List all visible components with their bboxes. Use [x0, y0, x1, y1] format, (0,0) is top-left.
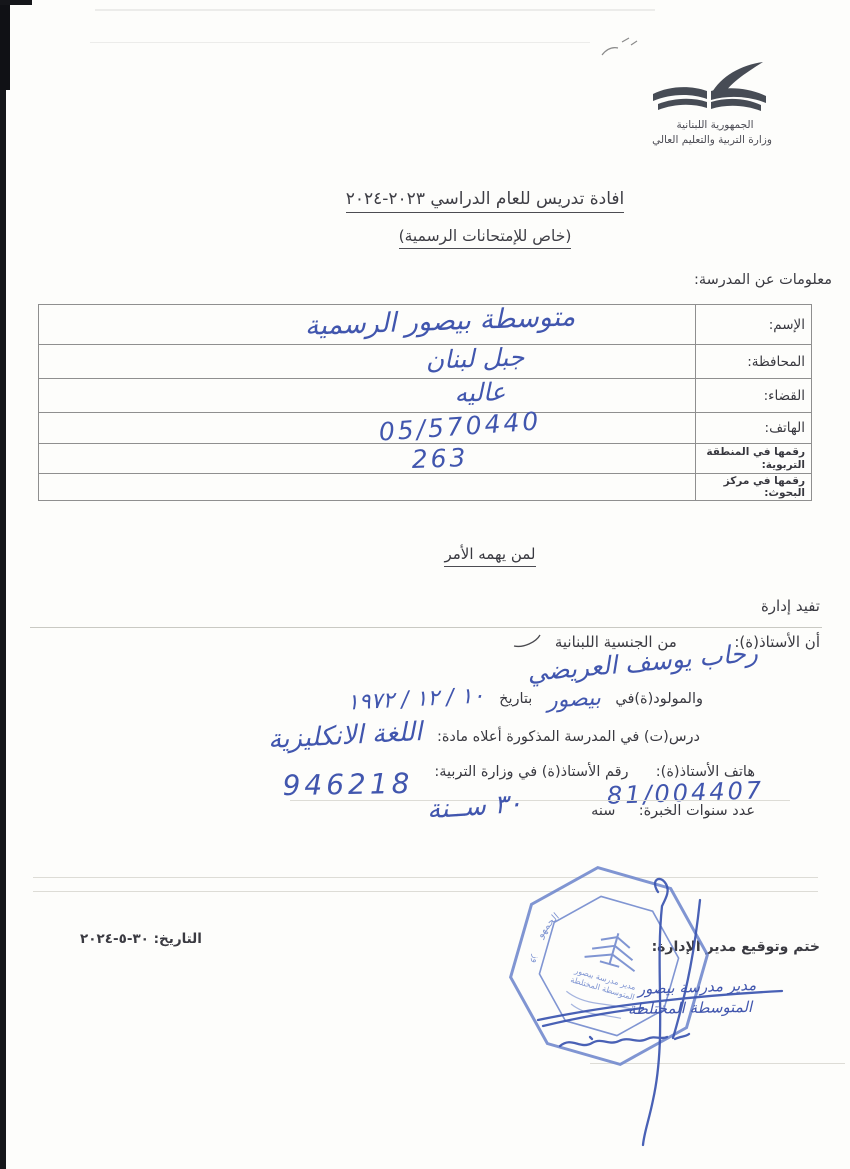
row-label: الإسم:: [696, 305, 812, 345]
row-label: رقمها في المنطقة التربوية:: [696, 444, 812, 474]
scan-streak: [95, 9, 655, 11]
to-whom-heading: لمن يهمه الأمر: [444, 545, 535, 567]
table-row: رقمها في مركز البحوث:: [39, 474, 812, 501]
ministry-number-label: رقم الأستاذ(ة) في وزارة التربية:: [434, 764, 628, 780]
birthdate-handwriting: ١٠ / ١٢ / ١٩٧٢: [347, 683, 485, 715]
scanned-document-page: الجمهورية اللبنانية وزارة التربية والتعل…: [0, 0, 850, 1169]
to-whom-block: لمن يهمه الأمر: [300, 544, 680, 567]
director-signature-icon: [495, 852, 840, 1157]
subject-line: درس(ت) في المدرسة المذكورة أعلاه مادة: ا…: [258, 721, 700, 751]
scan-corner-artifact: [0, 0, 10, 90]
experience-label: عدد سنوات الخبرة:: [639, 803, 755, 819]
row-label: رقمها في مركز البحوث:: [696, 474, 812, 501]
date-line: التاريخ: ٣٠-٥-٢٠٢٤: [80, 931, 202, 947]
row-label: المحافظة:: [696, 345, 812, 379]
title-block: افادة تدريس للعام الدراسي ٢٠٢٣-٢٠٢٤: [245, 189, 725, 213]
row-label: الهاتف:: [696, 413, 812, 444]
scan-edge-artifact: [0, 0, 6, 1169]
born-label: والمولود(ة)في: [615, 691, 703, 707]
birth-line: والمولود(ة)في بيصور بتاريخ ١٠ / ١٢ / ١٩٧…: [337, 687, 703, 712]
school-info-heading: معلومات عن المدرسة:: [694, 272, 832, 288]
row-value-cell: [39, 474, 696, 501]
birthplace-handwriting: بيصور: [546, 686, 601, 714]
ministry-line: وزارة التربية والتعليم العالي: [622, 134, 802, 146]
document-title: افادة تدريس للعام الدراسي ٢٠٢٣-٢٠٢٤: [346, 189, 624, 213]
birthdate-label: بتاريخ: [499, 691, 532, 707]
pencil-mark-scribble: [598, 33, 644, 61]
row-label: القضاء:: [696, 379, 812, 413]
subject-handwriting: اللغة الانكليزية: [268, 717, 423, 755]
scan-top-artifact: [0, 0, 32, 5]
administration-line: تفيد إدارة: [761, 597, 820, 615]
republic-line: الجمهورية اللبنانية: [640, 119, 790, 131]
subtitle-block: (خاص للإمتحانات الرسمية): [245, 226, 725, 249]
open-book-logo-icon: [645, 60, 785, 120]
experience-line: عدد سنوات الخبرة: سنه: [591, 803, 755, 819]
document-subtitle: (خاص للإمتحانات الرسمية): [399, 227, 572, 249]
subject-label: درس(ت) في المدرسة المذكورة أعلاه مادة:: [437, 729, 700, 745]
pen-check-scribble-icon: [512, 633, 542, 649]
scan-streak: [90, 42, 590, 43]
experience-unit: سنه: [591, 803, 615, 819]
ruled-line: [30, 627, 822, 628]
